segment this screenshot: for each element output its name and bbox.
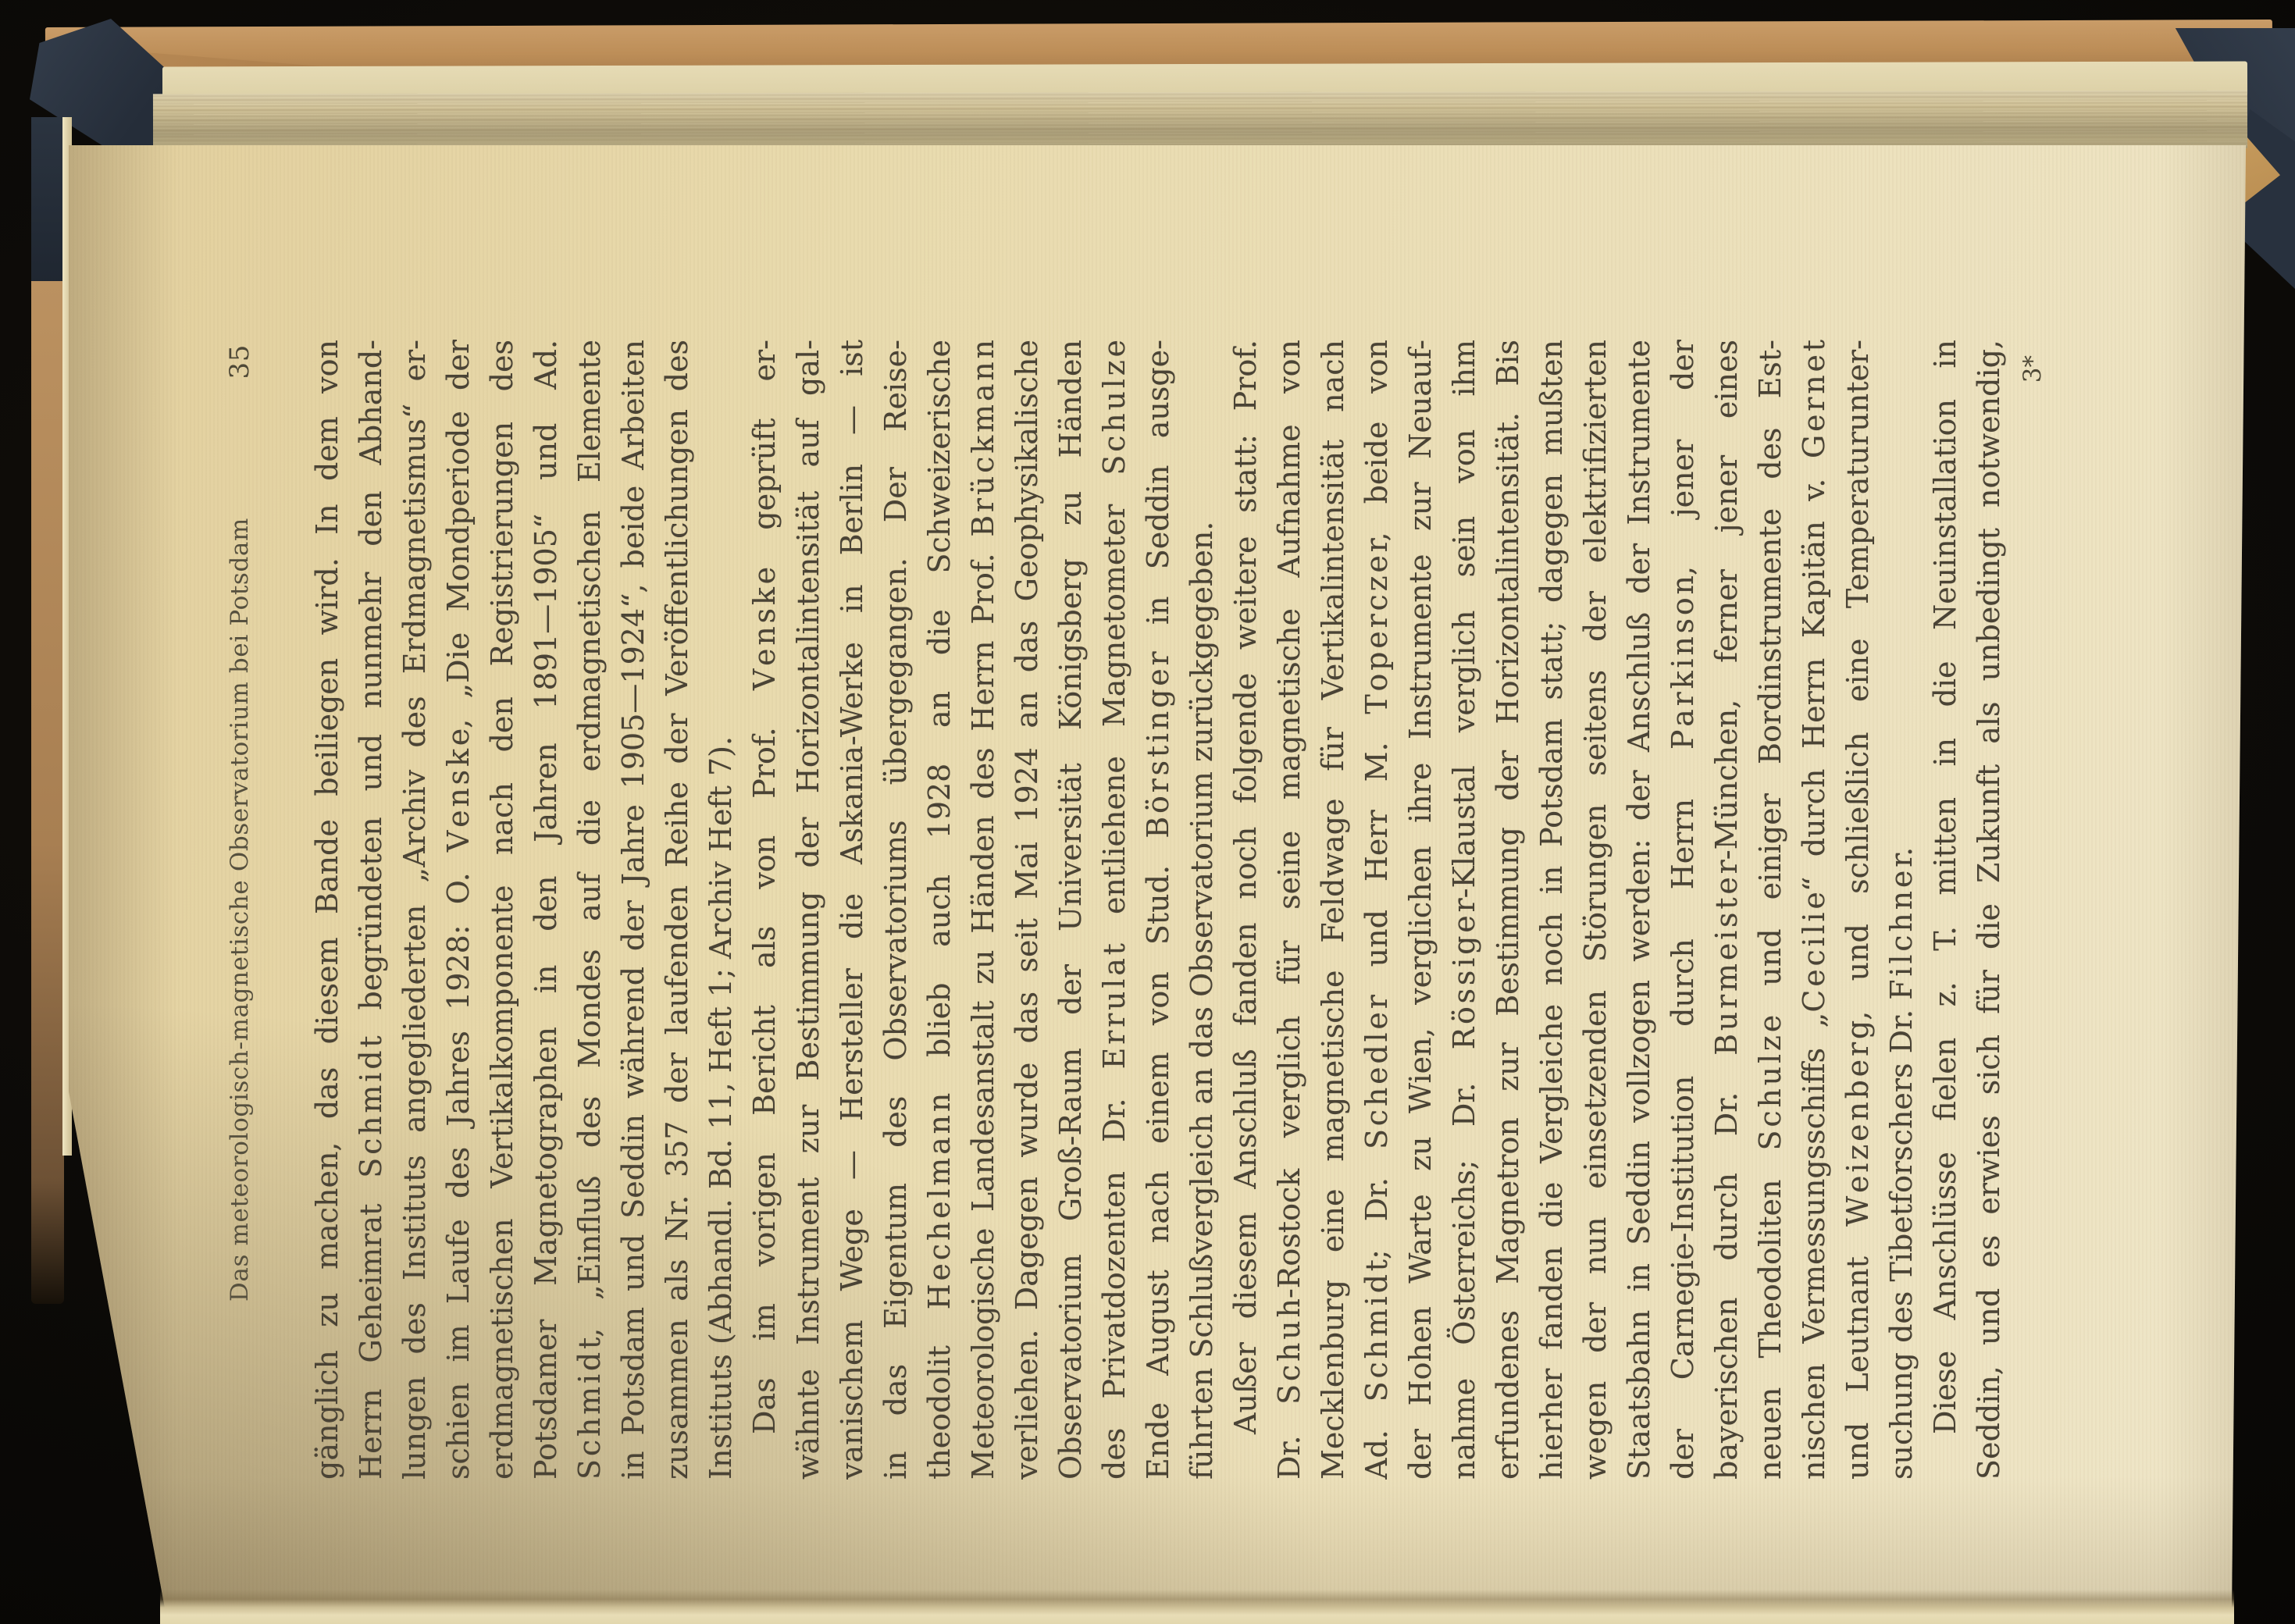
text-line: neuen Theodoliten S c h u l z e und eini… bbox=[1748, 340, 1792, 1480]
text-line: der Carnegie-Institution durch Herrn P a… bbox=[1661, 340, 1705, 1480]
text-line: wähnte Instrument zur Bestimmung der Hor… bbox=[786, 340, 830, 1480]
text-line: Diese Anschlüsse fielen z. T. mitten in … bbox=[1923, 340, 1967, 1480]
bottom-page-fold bbox=[160, 1590, 2234, 1624]
page-edge-stack bbox=[153, 91, 2247, 152]
text-line: bayerischen durch Dr. B u r m e i s t e … bbox=[1705, 340, 1748, 1480]
text-line: lungen des Instituts angegliederten „Arc… bbox=[393, 340, 437, 1480]
text-line: der Hohen Warte zu Wien, verglichen ihre… bbox=[1399, 340, 1442, 1480]
text-line: Dr. S c h u h-Rostock verglich für seine… bbox=[1267, 340, 1311, 1480]
text-line: Ende August nach einem von Stud. B ö r s… bbox=[1136, 340, 1180, 1480]
text-line: Staatsbahn in Seddin vollzogen werden: d… bbox=[1617, 340, 1661, 1480]
page-text-block: Das meteorologisch-magnetische Observato… bbox=[223, 340, 2089, 1480]
text-line: gänglich zu machen, das diesem Bande bei… bbox=[305, 340, 349, 1480]
text-line: wegen der nun einsetzenden Störungen sei… bbox=[1573, 340, 1617, 1480]
text-line: Seddin, und es erwies sich für die Zukun… bbox=[1967, 340, 2011, 1480]
text-line: Observatorium Groß-Raum der Universität … bbox=[1049, 340, 1092, 1480]
text-line: nischen Vermessungsschiffs „C e c i l i … bbox=[1792, 340, 1836, 1480]
book-photo: Das meteorologisch-magnetische Observato… bbox=[0, 0, 2295, 1624]
signature-mark: 3* bbox=[2017, 340, 2048, 1480]
text-line: verliehen. Dagegen wurde das seit Mai 19… bbox=[1005, 340, 1049, 1480]
running-head: Das meteorologisch-magnetische Observato… bbox=[223, 340, 257, 1480]
text-line: Das im vorigen Bericht als von Prof. V e… bbox=[743, 340, 786, 1480]
text-line: in das Eigentum des Observatoriums überg… bbox=[874, 340, 918, 1480]
text-line: Herrn Geheimrat S c h m i d t begründete… bbox=[349, 340, 393, 1480]
text-line: theodolit H e c h e l m a n n blieb auch… bbox=[918, 340, 961, 1480]
text-line: vanischem Wege — Hersteller die Askania-… bbox=[830, 340, 874, 1480]
text-line: S c h m i d t, „Einfluß des Mondes auf d… bbox=[568, 340, 611, 1480]
body-text: gänglich zu machen, das diesem Bande bei… bbox=[305, 340, 2011, 1480]
text-line: suchung des Tibetforschers Dr. F i l c h… bbox=[1880, 340, 1923, 1480]
page-title: Das meteorologisch-magnetische Observato… bbox=[226, 518, 254, 1302]
text-line: nahme Österreichs; Dr. R ö s s i g e r-K… bbox=[1442, 340, 1486, 1480]
book-cover-left-edge bbox=[31, 281, 64, 1304]
text-line: Instituts (Abhandl. Bd. 11, Heft 1; Arch… bbox=[699, 340, 743, 1480]
text-line: Meteorologische Landesanstalt zu Händen … bbox=[961, 340, 1005, 1480]
text-line: erfundenes Magnetron zur Bestimmung der … bbox=[1486, 340, 1530, 1480]
text-line: führten Schlußvergleich an das Observato… bbox=[1180, 340, 1224, 1480]
text-line: des Privatdozenten Dr. E r r u l a t ent… bbox=[1092, 340, 1136, 1480]
page-number: 35 bbox=[223, 344, 257, 379]
text-line: Potsdamer Magnetographen in den Jahren 1… bbox=[524, 340, 568, 1480]
text-line: schien im Laufe des Jahres 1928: O. V e … bbox=[437, 340, 480, 1480]
text-line: Mecklenburg eine magnetische Feldwage fü… bbox=[1311, 340, 1355, 1480]
text-line: erdmagnetischen Vertikalkomponente nach … bbox=[480, 340, 524, 1480]
text-line: Außer diesem Anschluß fanden noch folgen… bbox=[1224, 340, 1267, 1480]
text-line: und Leutnant W e i z e n b e r g, und sc… bbox=[1836, 340, 1880, 1480]
text-line: in Potsdam und Seddin während der Jahre … bbox=[611, 340, 655, 1480]
text-line: zusammen als Nr. 357 der laufenden Reihe… bbox=[655, 340, 699, 1480]
text-line: hierher fanden die Vergleiche noch in Po… bbox=[1530, 340, 1573, 1480]
text-line: Ad. S c h m i d t; Dr. S c h e d l e r u… bbox=[1355, 340, 1399, 1480]
